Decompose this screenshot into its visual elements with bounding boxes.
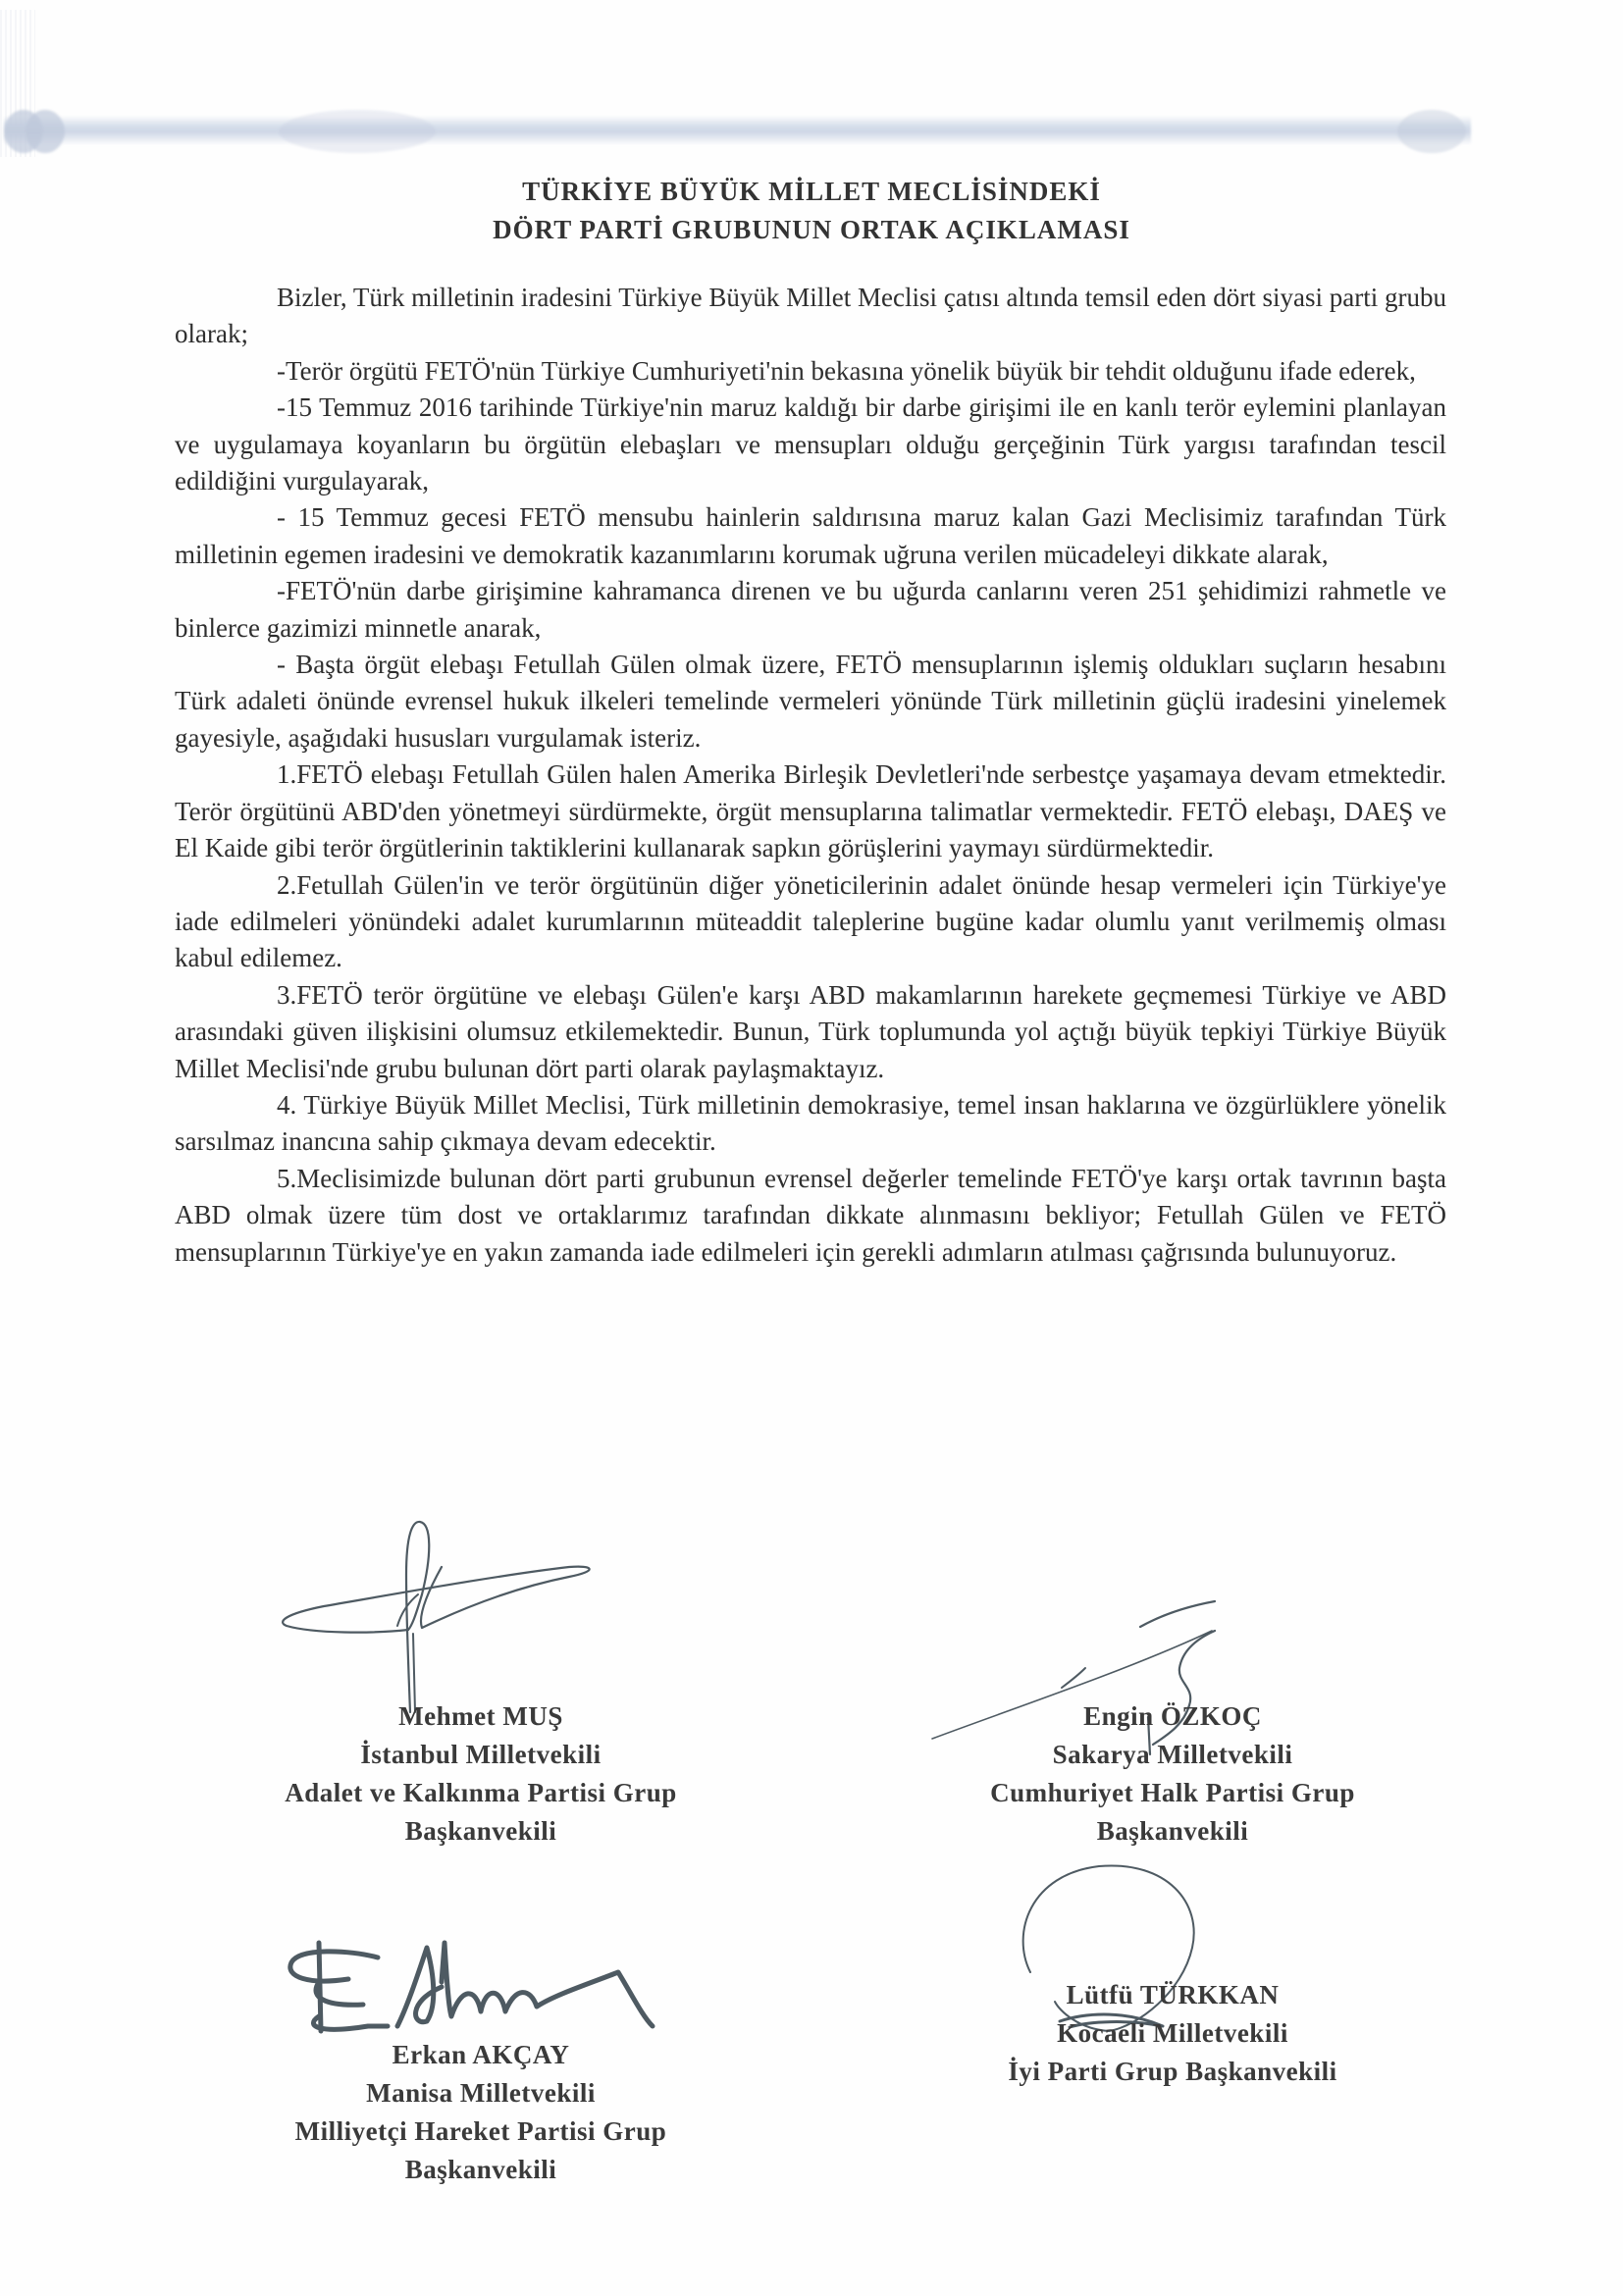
signatory-constituency: Sakarya Milletvekili <box>898 1736 1447 1774</box>
signatory-role: Milliyetçi Hareket Partisi Grup <box>206 2113 756 2151</box>
signatory-constituency: Manisa Milletvekili <box>206 2074 756 2113</box>
signatory-block-akp: Mehmet MUŞ İstanbul Milletvekili Adalet … <box>206 1697 756 1851</box>
signatory-block-chp: Engin ÖZKOÇ Sakarya Milletvekili Cumhuri… <box>898 1697 1447 1851</box>
point-3: 3.FETÖ terör örgütüne ve elebaşı Gülen'e… <box>175 977 1446 1087</box>
signature-erkan-akcay <box>280 1928 702 2046</box>
statement-body: Bizler, Türk milletinin iradesini Türkiy… <box>175 280 1446 1271</box>
point-1: 1.FETÖ elebaşı Fetullah Gülen halen Amer… <box>175 757 1446 866</box>
signatory-role: Cumhuriyet Halk Partisi Grup <box>898 1774 1447 1812</box>
signatory-name: Mehmet MUŞ <box>206 1697 756 1736</box>
signatory-role: Başkanvekili <box>898 1812 1447 1851</box>
point-4: 4. Türkiye Büyük Millet Meclisi, Türk mi… <box>175 1087 1446 1161</box>
signatory-role: Başkanvekili <box>206 1812 756 1851</box>
signatory-role: Adalet ve Kalkınma Partisi Grup <box>206 1774 756 1812</box>
signatory-name: Engin ÖZKOÇ <box>898 1697 1447 1736</box>
title-line-2: DÖRT PARTİ GRUBUNUN ORTAK AÇIKLAMASI <box>0 211 1623 249</box>
signatory-constituency: Kocaeli Milletvekili <box>898 2014 1447 2053</box>
signatory-name: Lütfü TÜRKKAN <box>898 1976 1447 2014</box>
paragraph-intro: Bizler, Türk milletinin iradesini Türkiy… <box>175 280 1446 353</box>
document-title: TÜRKİYE BÜYÜK MİLLET MECLİSİNDEKİ DÖRT P… <box>0 173 1623 249</box>
signatory-constituency: İstanbul Milletvekili <box>206 1736 756 1774</box>
point-5: 5.Meclisimizde bulunan dört parti grubun… <box>175 1161 1446 1271</box>
paragraph-feto-threat: -Terör örgütü FETÖ'nün Türkiye Cumhuriye… <box>175 353 1446 390</box>
paragraph-justice: - Başta örgüt elebaşı Fetullah Gülen olm… <box>175 647 1446 757</box>
paragraph-15-july: -15 Temmuz 2016 tarihinde Türkiye'nin ma… <box>175 390 1446 499</box>
scanned-document-page: TÜRKİYE BÜYÜK MİLLET MECLİSİNDEKİ DÖRT P… <box>0 0 1623 2296</box>
paragraph-martyrs: -FETÖ'nün darbe girişimine kahramanca di… <box>175 573 1446 647</box>
signatory-role: Başkanvekili <box>206 2151 756 2189</box>
signatory-name: Erkan AKÇAY <box>206 2036 756 2074</box>
paragraph-gazi-meclis: - 15 Temmuz gecesi FETÖ mensubu hainleri… <box>175 499 1446 573</box>
point-2: 2.Fetullah Gülen'in ve terör örgütünün d… <box>175 867 1446 977</box>
signatory-role: İyi Parti Grup Başkanvekili <box>898 2053 1447 2091</box>
scan-band-artifact <box>4 116 1471 145</box>
signatory-block-iyi: Lütfü TÜRKKAN Kocaeli Milletvekili İyi P… <box>898 1976 1447 2091</box>
title-line-1: TÜRKİYE BÜYÜK MİLLET MECLİSİNDEKİ <box>0 173 1623 211</box>
signatory-block-mhp: Erkan AKÇAY Manisa Milletvekili Milliyet… <box>206 2036 756 2189</box>
